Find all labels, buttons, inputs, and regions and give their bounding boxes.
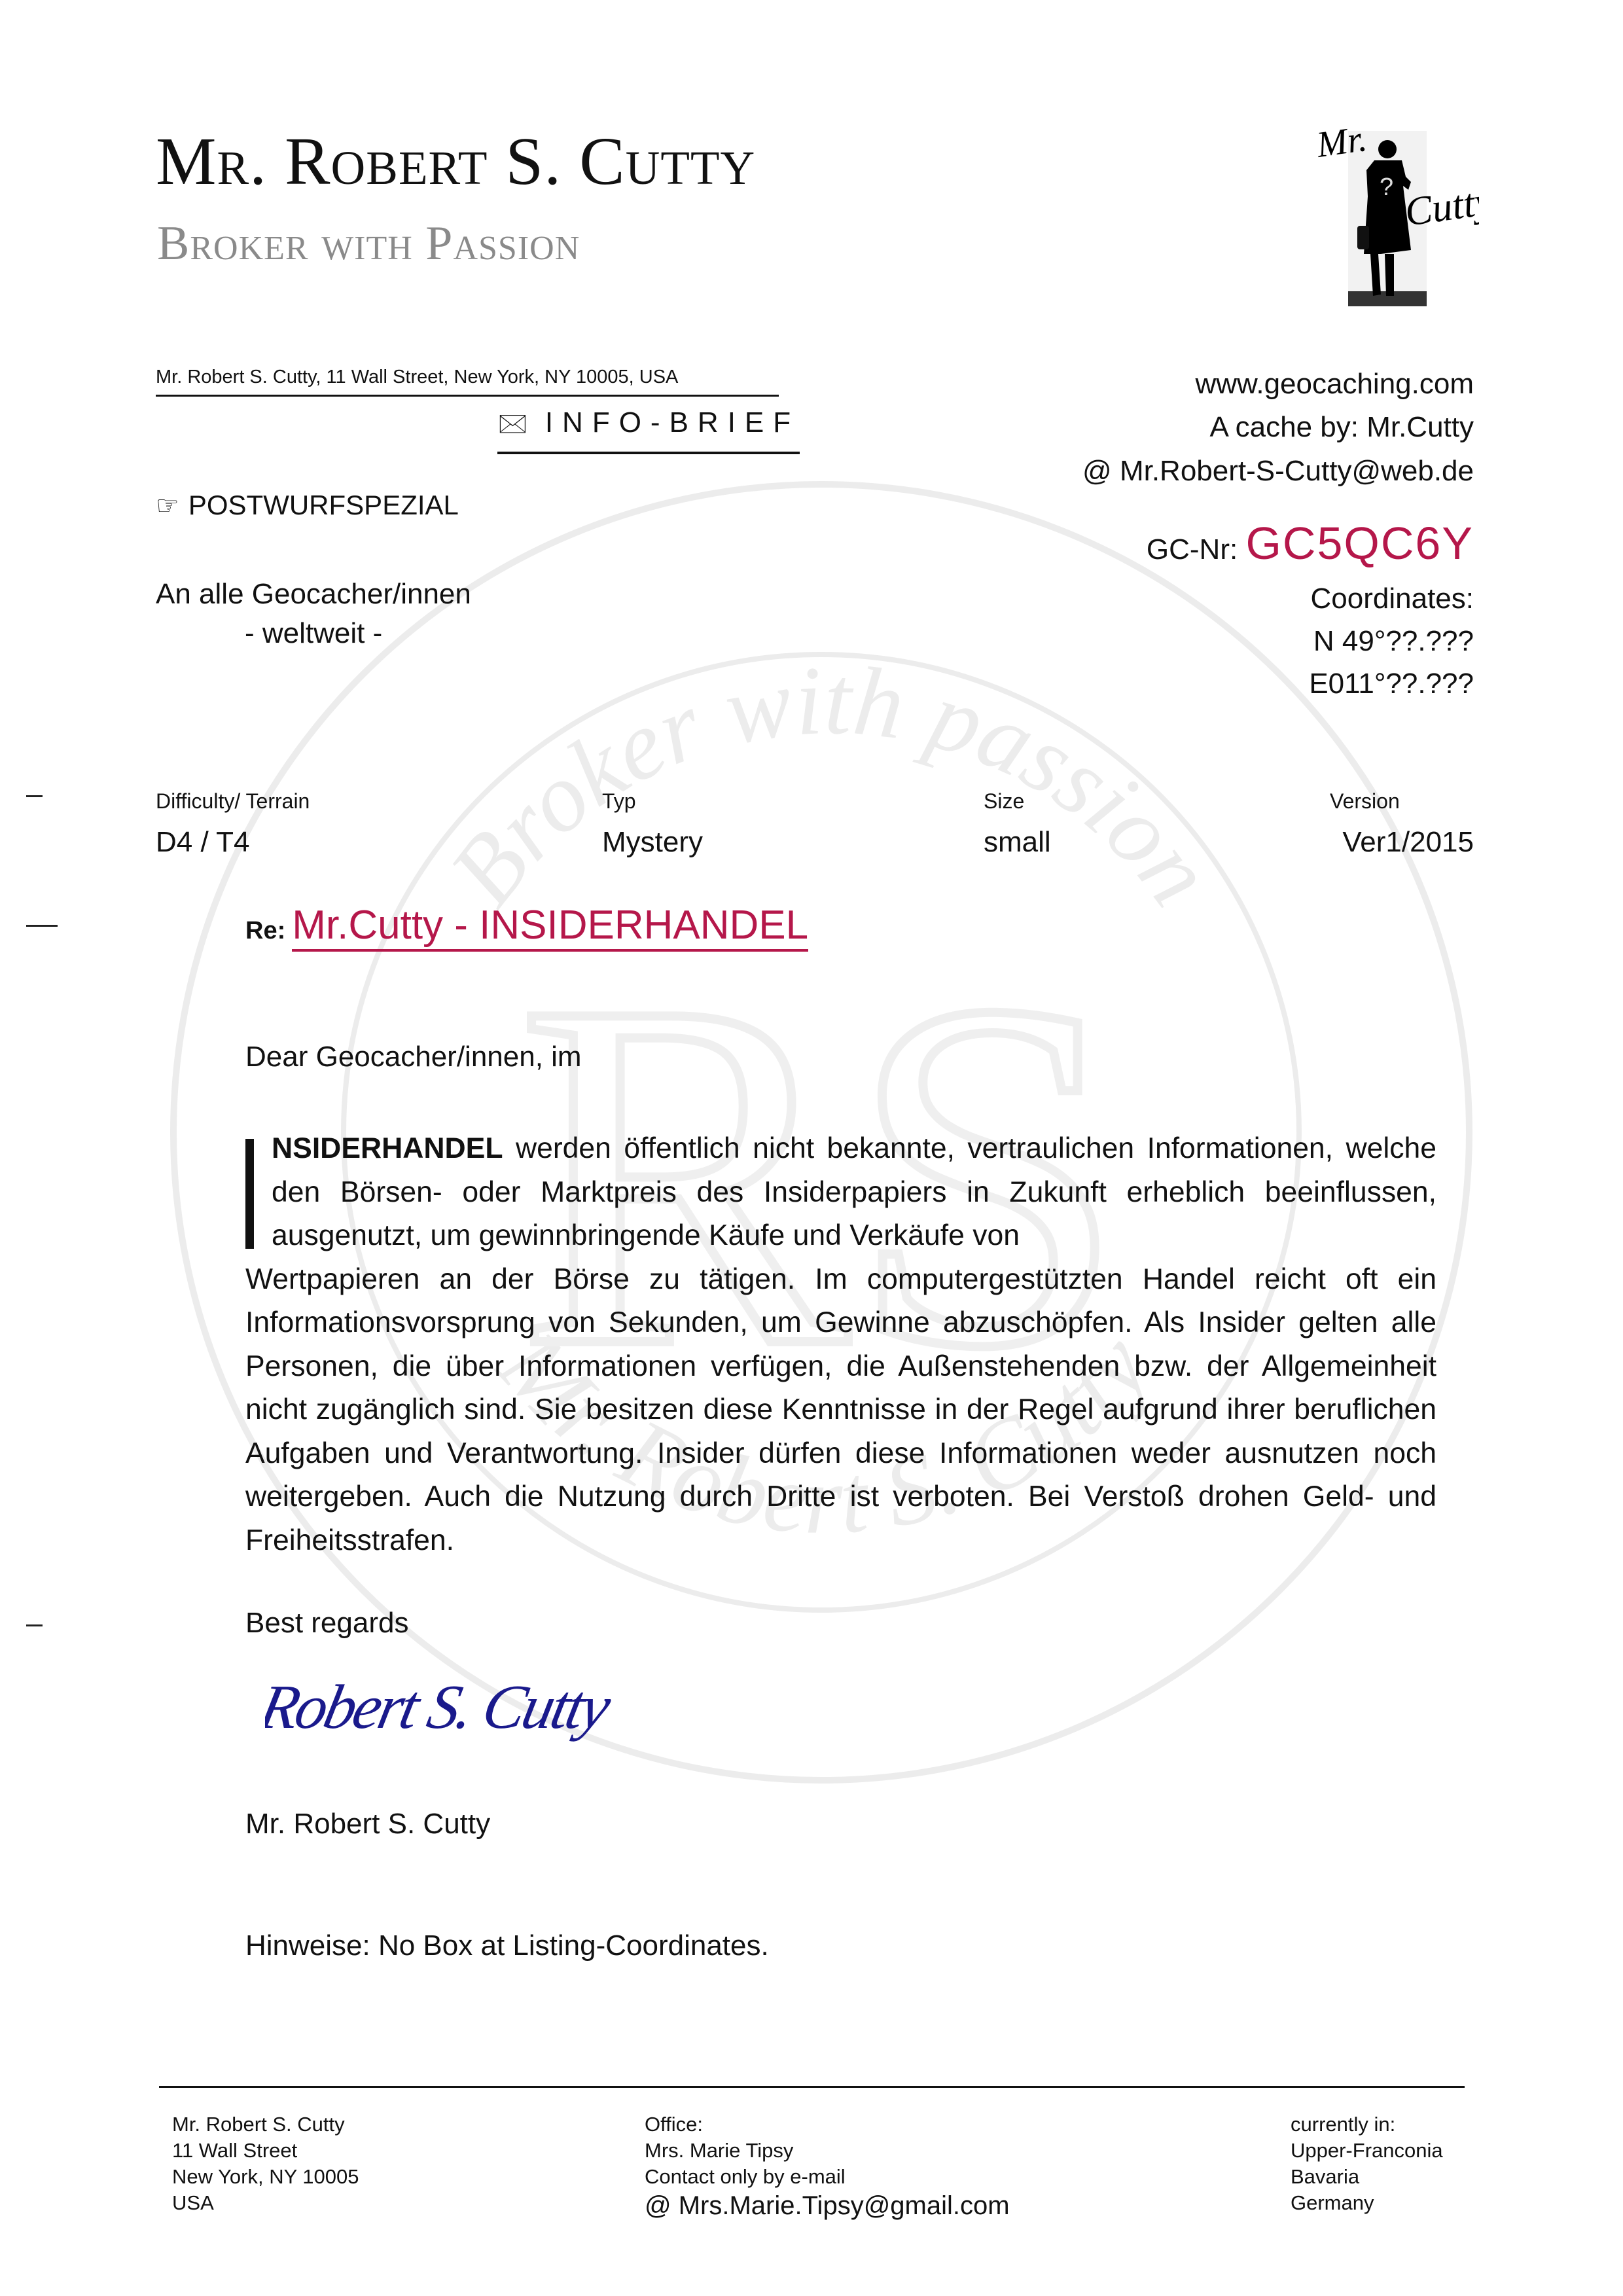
footer-address: Mr. Robert S. Cutty 11 Wall Street New Y… bbox=[172, 2111, 359, 2216]
subject-label: Re: bbox=[245, 917, 285, 944]
letterhead-name: Mr. Robert S. Cutty bbox=[156, 128, 755, 196]
body-paragraph: NSIDERHANDEL werden öffentlich nicht bek… bbox=[245, 1127, 1436, 1562]
silhouette-logo-icon: ? Mr. Cutty bbox=[1283, 105, 1479, 308]
footer-office-line: Mrs. Marie Tipsy bbox=[645, 2138, 1010, 2164]
footer-address-line: 11 Wall Street bbox=[172, 2138, 359, 2164]
version-value: Ver1/2015 bbox=[1342, 826, 1474, 859]
footer-location-line: currently in: bbox=[1291, 2111, 1443, 2138]
footer-address-line: New York, NY 10005 bbox=[172, 2164, 359, 2190]
footer-location-line: Germany bbox=[1291, 2190, 1443, 2216]
fold-mark-top bbox=[26, 795, 43, 797]
fold-mark-bottom bbox=[26, 1624, 43, 1626]
gc-number-row: GC-Nr: GC5QC6Y bbox=[1147, 517, 1474, 569]
owner-email-link[interactable]: @ Mr.Robert-S-Cutty@web.de bbox=[1082, 455, 1474, 488]
handwritten-signature-icon: Robert S. Cutty bbox=[265, 1656, 632, 1761]
mr-cutty-logo: ? Mr. Cutty bbox=[1283, 105, 1479, 308]
footer-office: Office: Mrs. Marie Tipsy Contact only by… bbox=[645, 2111, 1010, 2221]
mail-type-text: INFO-BRIEF bbox=[545, 406, 800, 439]
size-label: Size bbox=[984, 789, 1024, 814]
signer-name: Mr. Robert S. Cutty bbox=[245, 1808, 490, 1840]
svg-text:Robert S. Cutty: Robert S. Cutty bbox=[265, 1672, 618, 1742]
version-label: Version bbox=[1330, 789, 1400, 814]
mail-type-label: 🖂INFO-BRIEF bbox=[497, 404, 800, 454]
footer-location: currently in: Upper-Franconia Bavaria Ge… bbox=[1291, 2111, 1443, 2216]
footer-office-line: Office: bbox=[645, 2111, 1010, 2138]
footer-address-line: Mr. Robert S. Cutty bbox=[172, 2111, 359, 2138]
type-label: Typ bbox=[602, 789, 636, 814]
envelope-icon: 🖂 bbox=[497, 409, 528, 438]
coordinates-label: Coordinates: bbox=[1311, 583, 1474, 615]
gc-number-value: GC5QC6Y bbox=[1245, 518, 1474, 569]
type-value: Mystery bbox=[602, 826, 703, 859]
addressee-block: An alle Geocacher/innen - weltweit - bbox=[156, 575, 471, 653]
svg-text:Mr.: Mr. bbox=[1313, 118, 1369, 166]
footer-divider bbox=[159, 2086, 1465, 2088]
addressee-line-1: An alle Geocacher/innen bbox=[156, 575, 471, 614]
difficulty-label: Difficulty/ Terrain bbox=[156, 789, 310, 814]
svg-text:?: ? bbox=[1380, 173, 1393, 201]
gc-number-label: GC-Nr: bbox=[1147, 533, 1238, 565]
size-value: small bbox=[984, 826, 1051, 859]
salutation: Dear Geocacher/innen, im bbox=[245, 1041, 582, 1073]
delivery-text: POSTWURFSPEZIAL bbox=[188, 490, 459, 520]
office-email-link[interactable]: @ Mrs.Marie.Tipsy@gmail.com bbox=[645, 2190, 1010, 2221]
website-link[interactable]: www.geocaching.com bbox=[1195, 368, 1474, 401]
footer-location-line: Bavaria bbox=[1291, 2164, 1443, 2190]
body-rest: Wertpapieren an der Börse zu tätigen. Im… bbox=[245, 1263, 1436, 1556]
difficulty-value: D4 / T4 bbox=[156, 826, 249, 859]
coordinate-north: N 49°??.??? bbox=[1313, 625, 1474, 658]
cache-owner: A cache by: Mr.Cutty bbox=[1210, 411, 1474, 444]
punch-mark-center bbox=[26, 925, 58, 927]
footer-location-line: Upper-Franconia bbox=[1291, 2138, 1443, 2164]
footer-office-line: Contact only by e-mail bbox=[645, 2164, 1010, 2190]
subject-line: Re:Mr.Cutty - INSIDERHANDEL bbox=[245, 902, 808, 948]
signature: Robert S. Cutty bbox=[265, 1656, 632, 1761]
delivery-label: ☞POSTWURFSPEZIAL bbox=[156, 490, 459, 521]
sender-return-address: Mr. Robert S. Cutty, 11 Wall Street, New… bbox=[156, 367, 779, 397]
svg-text:Broker with passion: Broker with passion bbox=[429, 646, 1234, 925]
addressee-line-2: - weltweit - bbox=[156, 614, 471, 653]
hint-note: Hinweise: No Box at Listing-Coordinates. bbox=[245, 1929, 769, 1962]
closing: Best regards bbox=[245, 1607, 408, 1640]
footer-address-line: USA bbox=[172, 2190, 359, 2216]
pointing-hand-icon: ☞ bbox=[156, 492, 179, 520]
coordinate-east: E011°??.??? bbox=[1309, 668, 1474, 700]
letterhead-tagline: Broker with Passion bbox=[157, 219, 580, 268]
subject-text: Mr.Cutty - INSIDERHANDEL bbox=[292, 903, 808, 952]
body-lead-bold: NSIDERHANDEL bbox=[272, 1132, 503, 1164]
